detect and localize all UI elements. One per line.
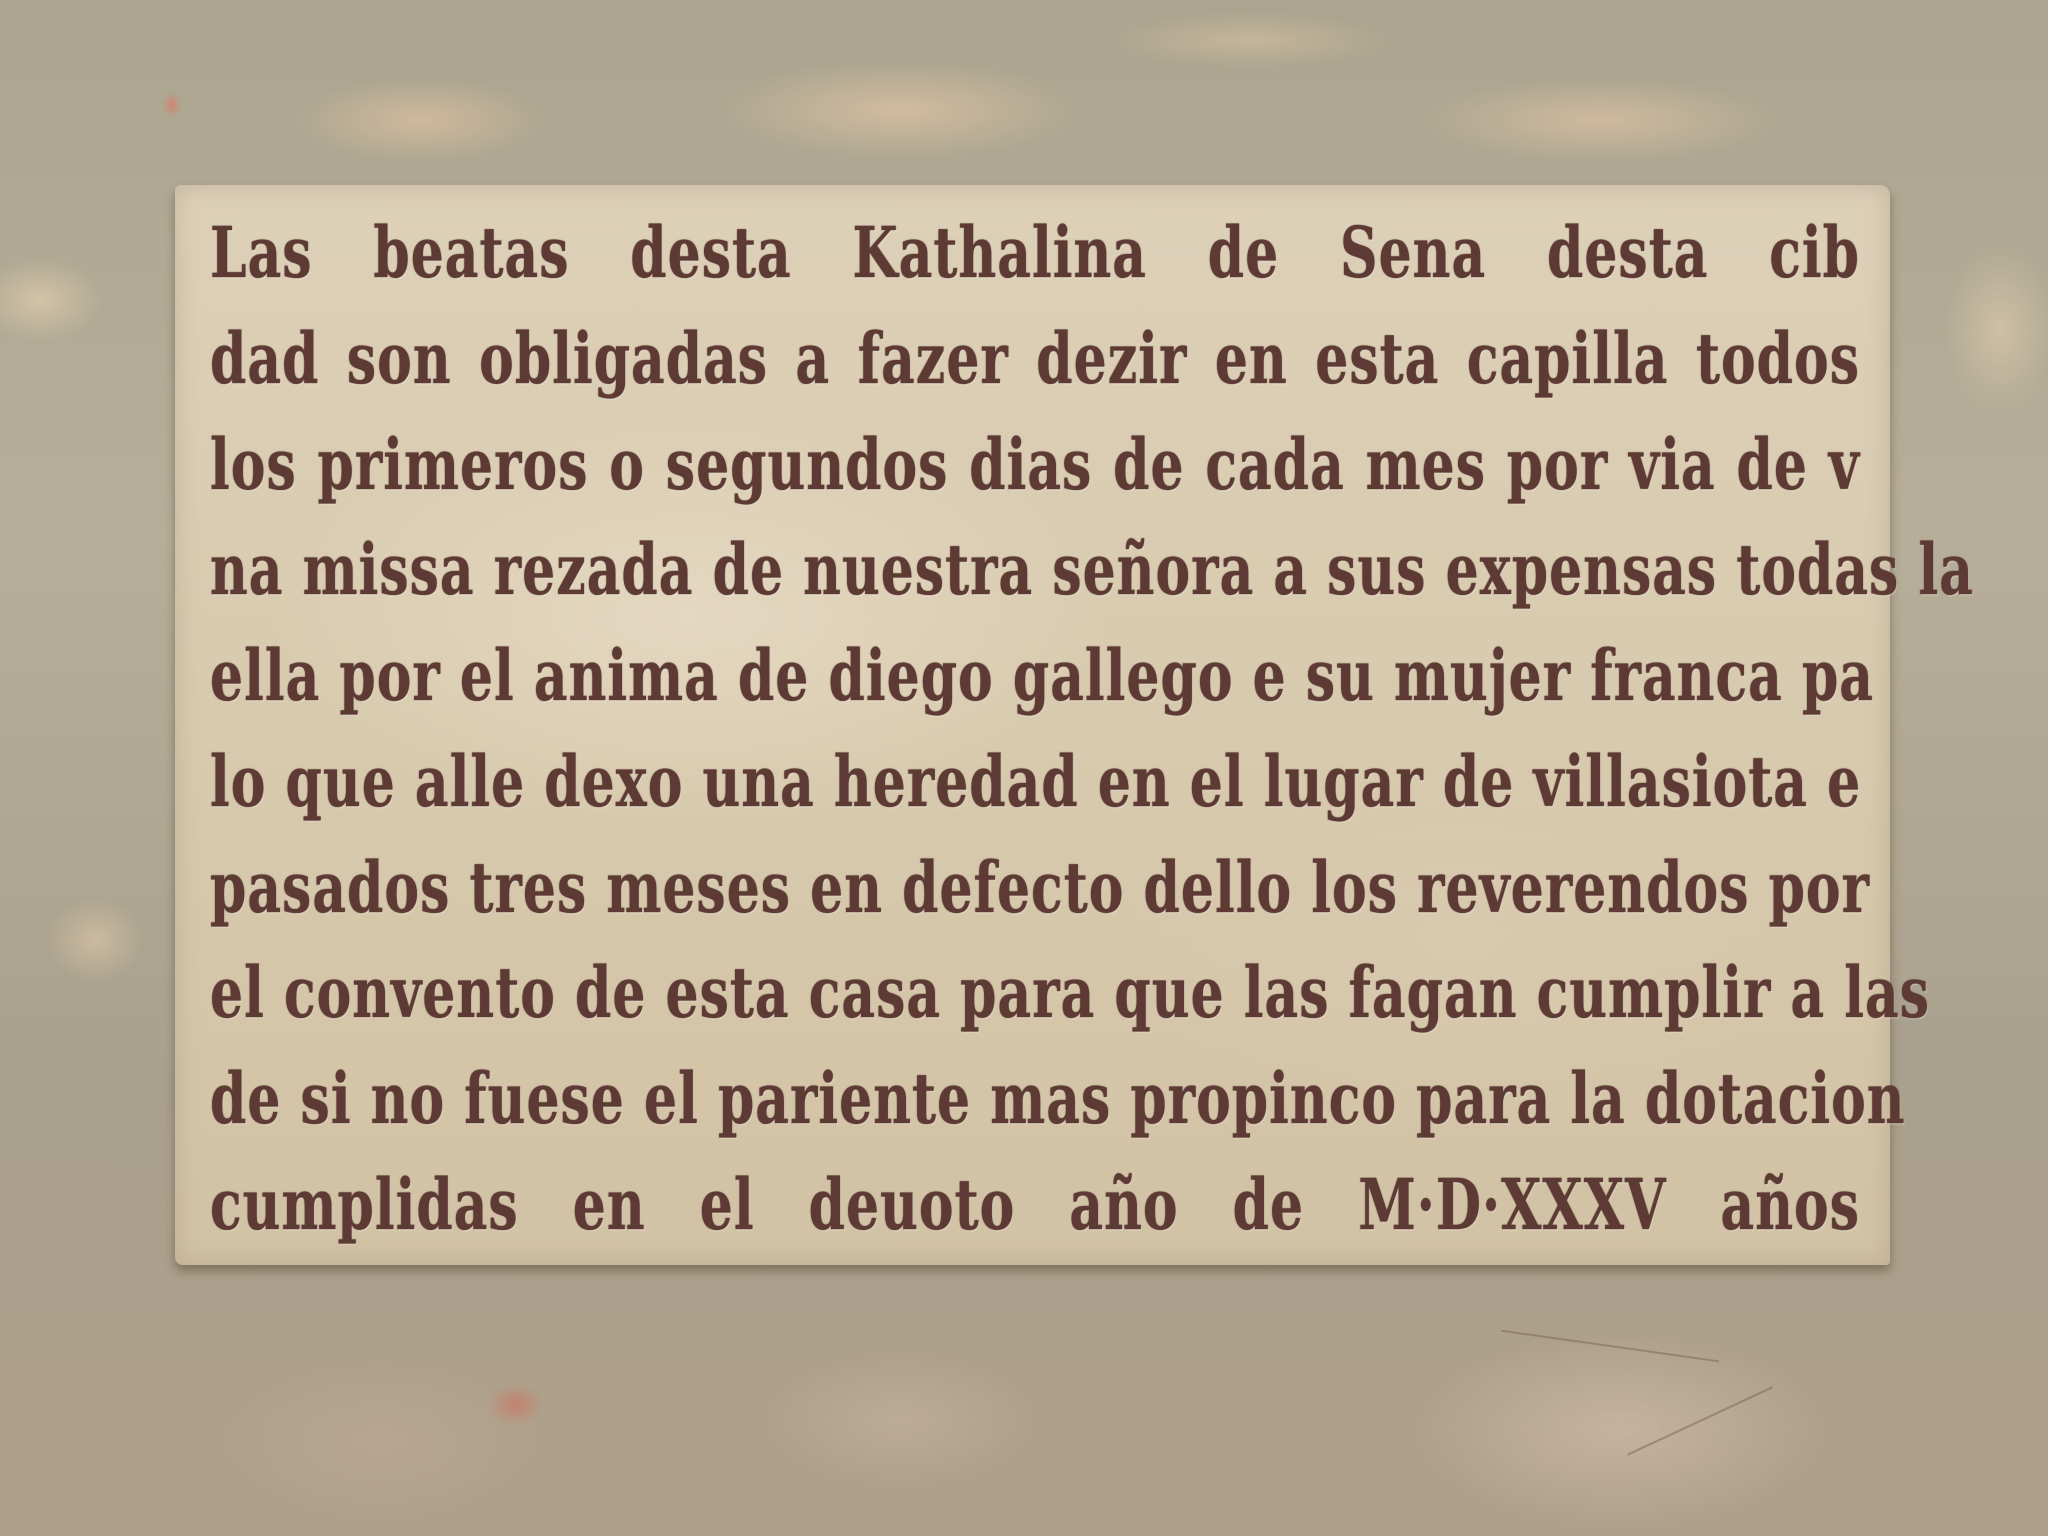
- inscription-line-3: los primeros o segundos dias de cada mes…: [210, 413, 1860, 518]
- inscribed-plaque: Las beatas desta Kathalina de Sena desta…: [175, 185, 1890, 1265]
- inscription-line-1: Las beatas desta Kathalina de Sena desta…: [210, 201, 1860, 306]
- inscription-line-4: na missa rezada de nuestra señora a sus …: [210, 519, 1860, 624]
- inscription-line-5: ella por el anima de diego gallego e su …: [210, 624, 1860, 729]
- inscription-line-10: cumplidas en el deuoto año de M·D·XXXV a…: [210, 1153, 1860, 1258]
- inscription-line-2: dad son obligadas a fazer dezir en esta …: [210, 307, 1860, 412]
- inscription-line-8: el convento de esta casa para que las fa…: [210, 942, 1860, 1047]
- inscription-line-9: de si no fuese el pariente mas propinco …: [210, 1047, 1860, 1152]
- inscription-text: Las beatas desta Kathalina de Sena desta…: [210, 215, 1860, 1245]
- inscription-line-6: lo que alle dexo una heredad en el lugar…: [210, 730, 1860, 835]
- inscription-line-7: pasados tres meses en defecto dello los …: [210, 836, 1860, 941]
